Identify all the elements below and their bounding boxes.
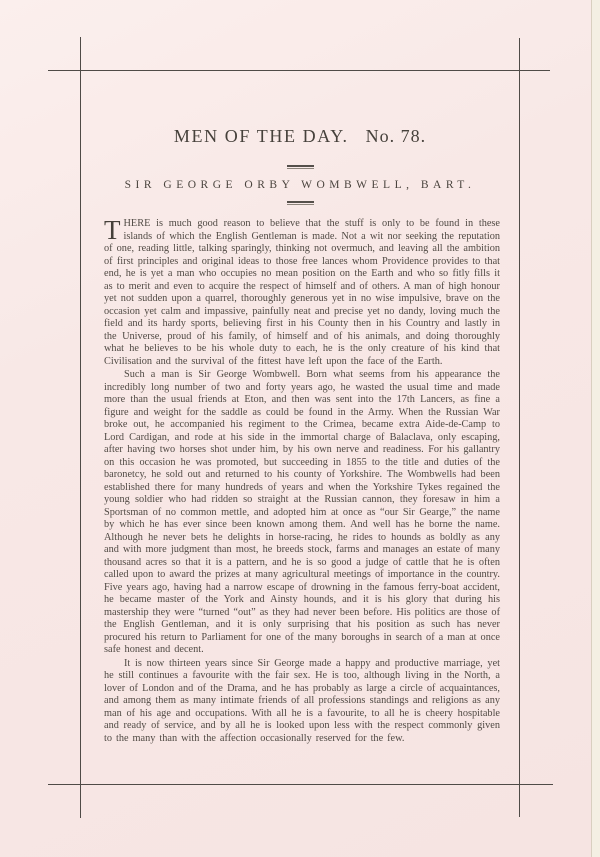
article-paragraph: THERE is much good reason to believe tha… xyxy=(104,218,500,368)
frame-rule-top xyxy=(48,70,550,71)
paragraph-text: HERE is much good reason to believe that… xyxy=(104,218,500,367)
frame-rule-right xyxy=(519,38,520,817)
paragraph-text: Such a man is Sir George Wombwell. Born … xyxy=(104,369,500,655)
page-edge xyxy=(591,0,600,857)
paragraph-text: It is now thirteen years since Sir Georg… xyxy=(104,658,500,744)
article-body: THERE is much good reason to believe tha… xyxy=(104,218,500,745)
frame-rule-bottom xyxy=(48,784,553,785)
page-title: MEN OF THE DAY. xyxy=(174,126,349,146)
article-paragraph: It is now thirteen years since Sir Georg… xyxy=(104,658,500,746)
dropcap-letter: T xyxy=(104,218,124,241)
document-page: MEN OF THE DAY.No. 78. SIR GEORGE ORBY W… xyxy=(0,0,600,857)
article-paragraph: Such a man is Sir George Wombwell. Born … xyxy=(104,369,500,657)
header-rule xyxy=(287,165,314,169)
subject-title: SIR GEORGE ORBY WOMBWELL, BART. xyxy=(80,179,520,191)
subtitle-rule xyxy=(287,201,314,205)
frame-rule-left xyxy=(80,37,81,818)
issue-number: No. 78. xyxy=(366,126,427,146)
page-header: MEN OF THE DAY.No. 78. xyxy=(80,126,520,146)
